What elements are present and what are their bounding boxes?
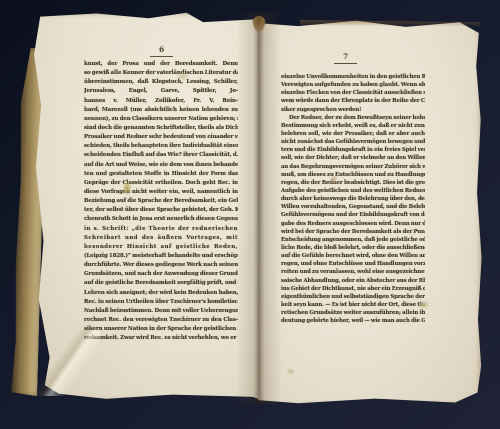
text-line: einzelne Unvollkommenheiten in den geist… <box>281 73 425 81</box>
text-line: scheidenden Einfluß auf das Wie? ihrer C… <box>84 151 238 160</box>
text-line: kunst, der Prosa und der Beredsamkeit. D… <box>84 60 238 69</box>
page-number-left: 6 <box>150 46 173 57</box>
text-line: keit seyn kann. — Es ist hier nicht der … <box>281 301 425 309</box>
text-line: an das Begehrungsvermögen seiner Zuhörer… <box>281 163 425 171</box>
right-page-text: einzelne Unvollkommenheiten in den geist… <box>281 73 425 325</box>
text-line: Aufgabe des geistlichen und des weltlich… <box>281 187 425 195</box>
text-line: diese Vorfragen nicht weiter ein, weil, … <box>84 188 238 197</box>
text-line: regen, und ohne Entschlüsse und Handlung… <box>281 260 425 268</box>
text-line: eigenthümlichen und selbstständigen Spra… <box>281 293 425 301</box>
text-line: in s. Schrift: „die Theorie der redneris… <box>84 225 238 234</box>
text-line: liche Rede, die bloß belehrt, oder die a… <box>281 244 425 252</box>
text-line: ten und gestalteten Stoffe in Hinsicht d… <box>84 170 238 179</box>
text-line: Willen vorzuhaltenden, Gegenstand, und d… <box>281 203 425 211</box>
right-page: 7 einzelne Unvollkommenheiten in den gei… <box>258 20 482 404</box>
text-line: redsamkeit. Zwar wird Rec. es nicht verh… <box>84 334 238 343</box>
text-line: so gewiß alle Kenner der vaterländischen… <box>84 69 238 78</box>
text-line: wird bei der Sprache der Beredsamkeit al… <box>281 228 425 236</box>
text-line: auf die geistliche Beredsamkeit sorgfält… <box>84 279 238 288</box>
text-line: gabe des Redners ausgeschlossen wird. De… <box>281 220 425 228</box>
text-line: ter, der selbst über diese Sprache gebie… <box>84 206 238 215</box>
text-line: schieden, theils behaupteten ihre Indivi… <box>84 142 238 151</box>
text-line: Lehren sich aneignet; der wird kein Bede… <box>84 289 238 298</box>
text-line: Rec. in seinen Urtheilen über Tzschirner… <box>84 298 238 307</box>
text-line: hard, Marezoll (um absichtlich keinen le… <box>84 106 238 115</box>
text-line: Gefühlsvermögens und der Einbildungskraf… <box>281 211 425 219</box>
text-line: auf die Art und Weise, wie sie dem von i… <box>84 161 238 170</box>
text-line: soll, wie der Dichter; daß er vielmehr a… <box>281 154 425 162</box>
text-line: saische Abhandlung, oder ein Abstecher a… <box>281 277 425 285</box>
text-line: hannes v. Müller, Zollikofer, Fr. V. Rei… <box>84 97 238 106</box>
text-line: reiten und zu veranlassen, wohl eine aus… <box>281 268 425 276</box>
text-line: sikern unserer Nation in der Sprache der… <box>84 325 238 334</box>
text-line: Bestimmung sich erhebt, weiß es, daß er … <box>281 122 425 130</box>
text-line: durch aber keineswegs die Belehrung über… <box>281 195 425 203</box>
text-line: Der Redner, der zu dem Bewußtseyn seiner… <box>281 114 425 122</box>
text-line: chenrath Schott in Jena erst neuerlich d… <box>84 215 238 224</box>
text-line: siker zugesprochen werden! <box>281 106 425 114</box>
text-line: tern und die Einbildungskraft in ein fre… <box>281 146 425 154</box>
text-line: sind doch die genannten Schriftsteller, … <box>84 124 238 133</box>
spine-notch <box>252 16 266 32</box>
text-line: Jerusalem, Engel, Garve, Spittler, Jo- <box>84 87 238 96</box>
left-page: 6 kunst, der Prosa und der Beredsamkeit.… <box>26 12 262 400</box>
text-line: regen, die der Redner beabsichtigt. Dies… <box>281 179 425 187</box>
text-line: Entscheidung angenommen, daß jede geistl… <box>281 236 425 244</box>
text-line: Prosaiker und Redner sehr bedeutend von … <box>84 133 238 142</box>
page-number-right: 7 <box>334 53 357 64</box>
text-line: Gepräge der Classicität ertheilen. Doch … <box>84 179 238 188</box>
text-line: Verewigten aufgefunden zu haben glaubt. … <box>281 81 425 89</box>
text-line: nennen), zu den Classikern unserer Natio… <box>84 115 238 124</box>
text-line: Schreibart und des äußern Vortrages, mit <box>84 234 238 243</box>
text-line: retischen Grundsätze weiter auszuführen;… <box>281 309 425 317</box>
text-line: ins Gebiet der Dichtkunst, nie aber ein … <box>281 285 425 293</box>
text-line: durchführte. Wer dieses gediegene Werk n… <box>84 261 238 270</box>
text-line: auf die Gefühle berechnet wird, ohne den… <box>281 252 425 260</box>
text-line: muß, um dieses zu Entschlüssen und zu Ha… <box>281 171 425 179</box>
text-line: nicht zunächst das Gefühlsvermögen beweg… <box>281 138 425 146</box>
text-line: wem würde dann der Ehrenplatz in der Rei… <box>281 97 425 105</box>
text-line: übereinstimmen, daß Klopstock, Lessing, … <box>84 78 238 87</box>
text-line: Beziehung auf die Sprache der Beredsamke… <box>84 197 238 206</box>
text-line: Grundsätzen, und nach der Anwendung dies… <box>84 270 238 279</box>
text-line: einzelne Flecken von der Classicität aus… <box>281 89 425 97</box>
text-line: belehren soll, wie der Prosaiker; daß er… <box>281 130 425 138</box>
text-line: deutung gehörte hieher, weil — wie man a… <box>281 317 425 325</box>
text-line: rechnet Rec. den verewigten Tzschirner z… <box>84 316 238 325</box>
left-page-text: kunst, der Prosa und der Beredsamkeit. D… <box>84 60 238 343</box>
text-line: (Leipzig 1828.)“ meisterhaft behandelte … <box>84 252 238 261</box>
book-photo: 6 kunst, der Prosa und der Beredsamkeit.… <box>0 0 500 429</box>
text-line: besonderer Hinsicht auf geistliche Reden… <box>84 243 238 252</box>
text-line: Nachlaß beizustimmen. Denn mit voller Ue… <box>84 307 238 316</box>
